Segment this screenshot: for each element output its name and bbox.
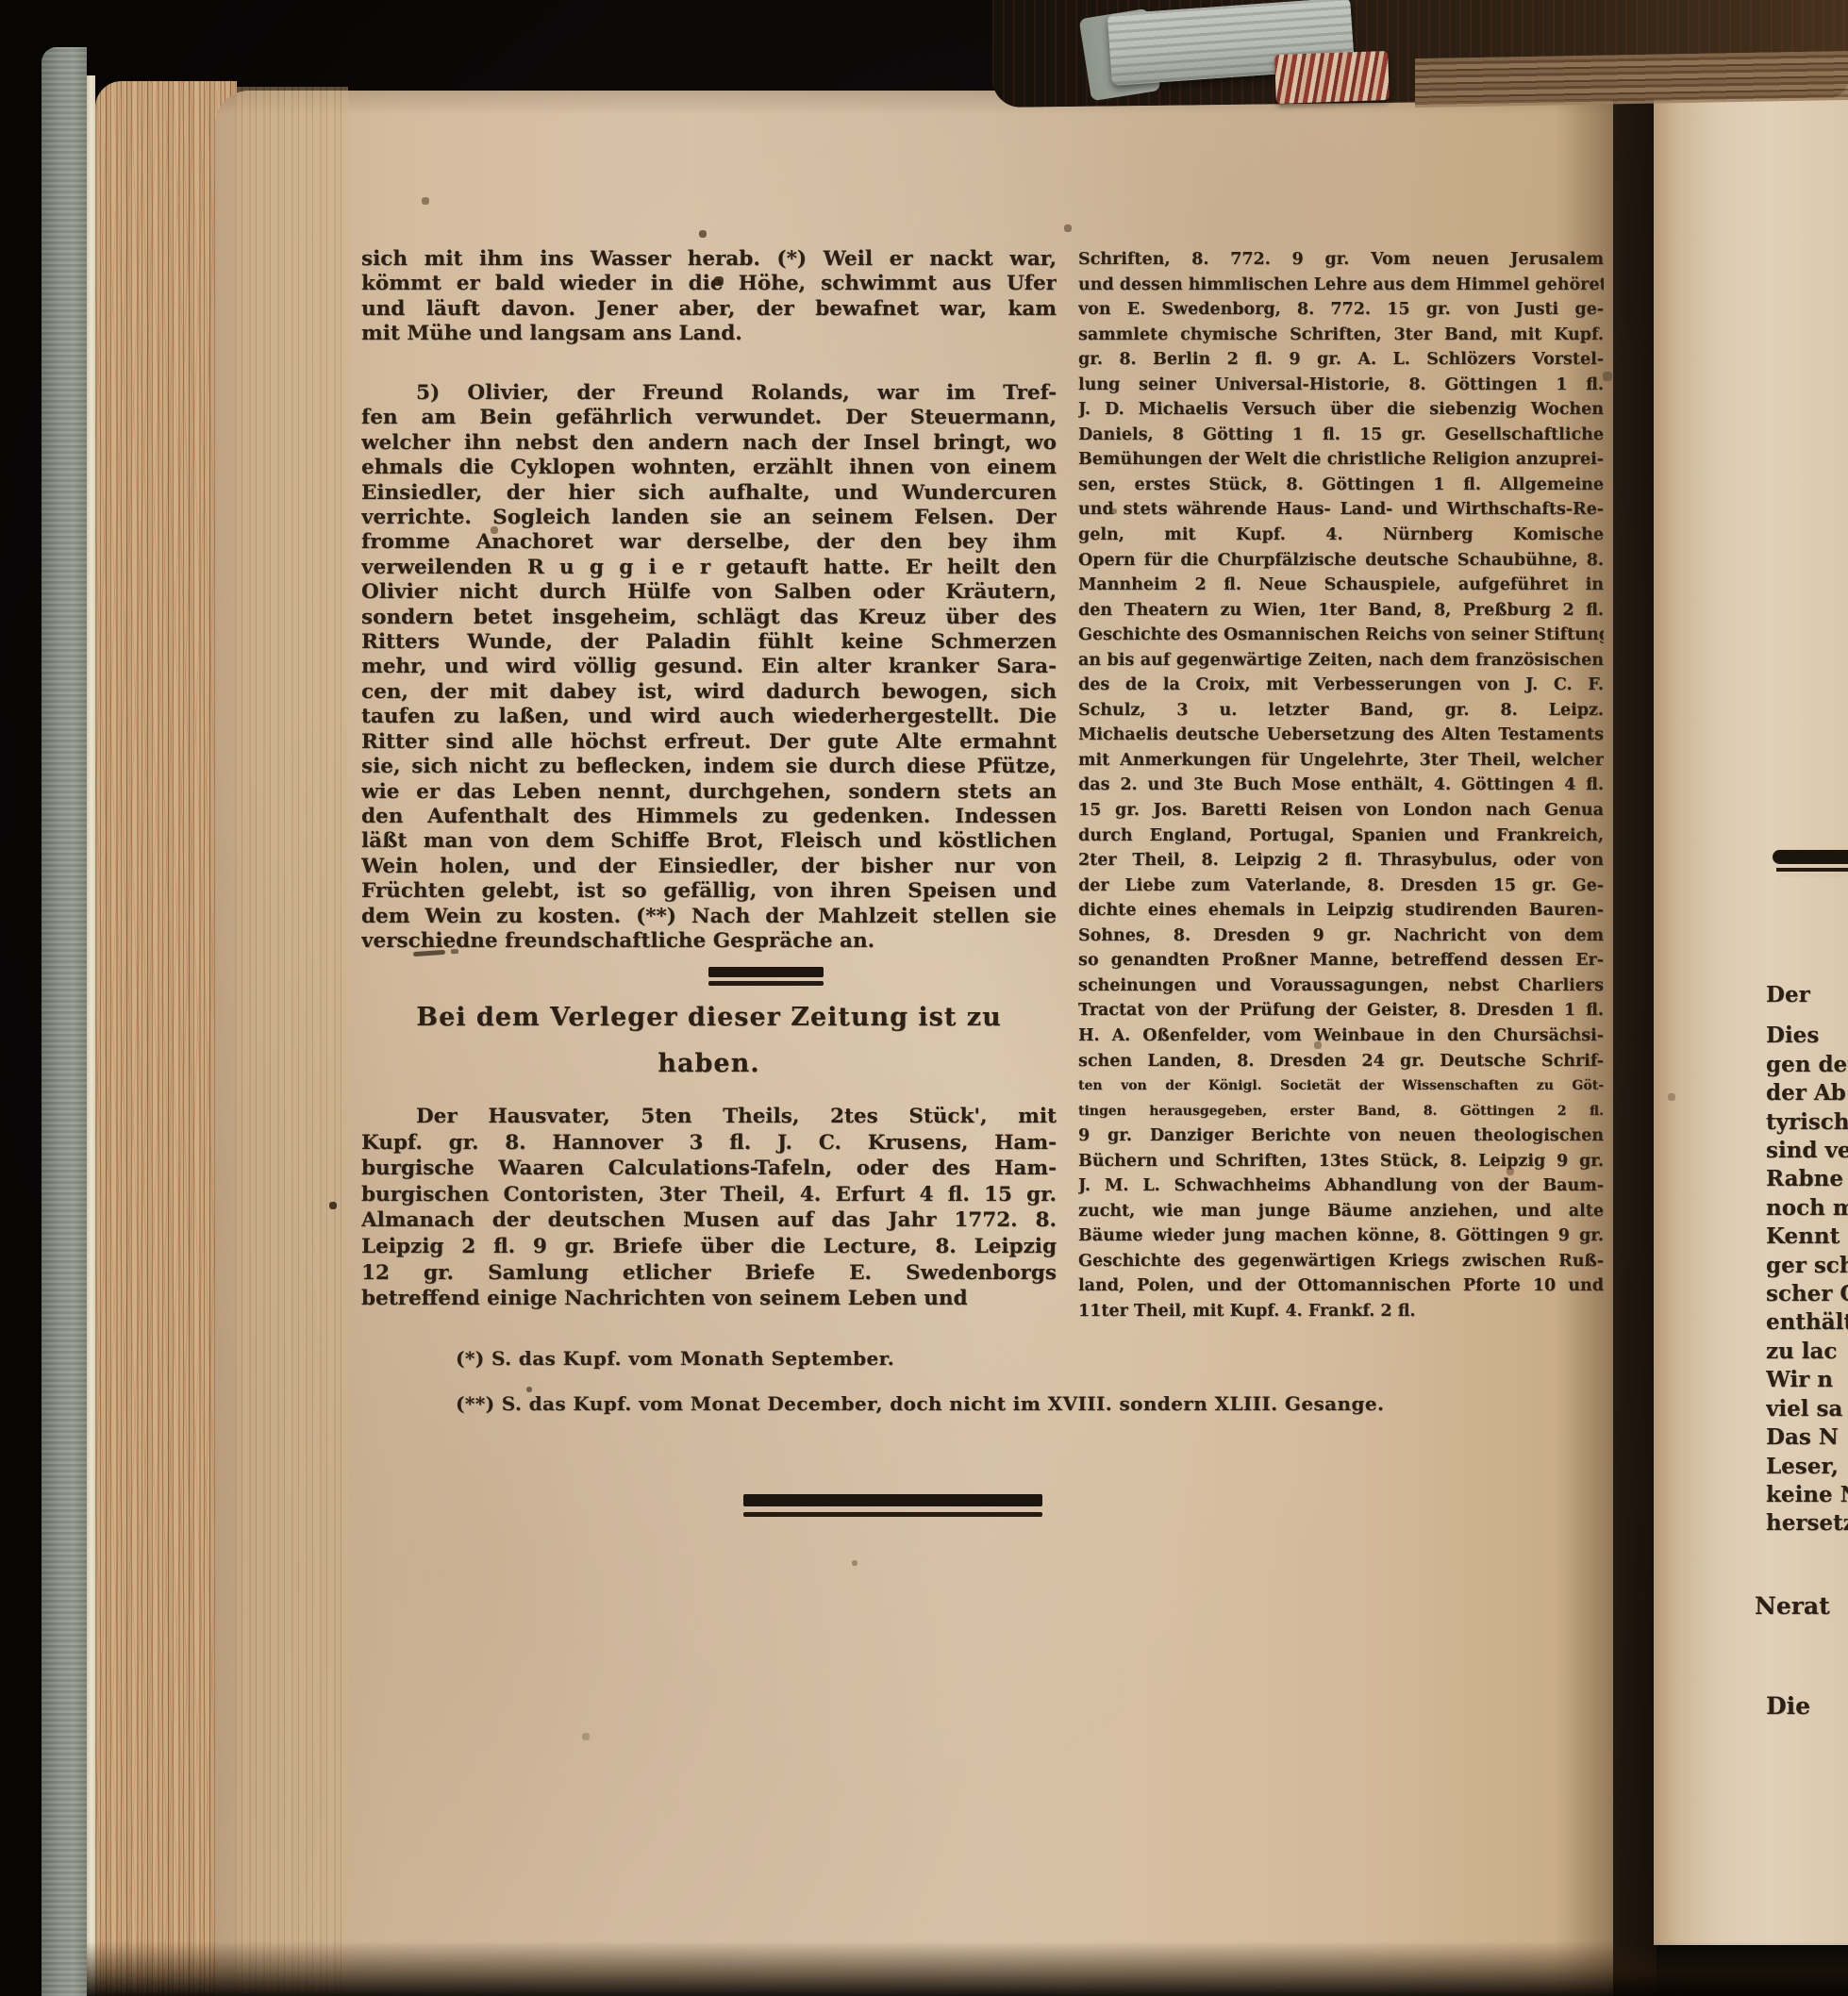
text-line: ten von der Königl. Societät der Wissens… [1078,1073,1604,1099]
text-line: taufen zu laßen, und wird auch wiederher… [361,705,1057,729]
text-line: Wein holen, und der Einsiedler, der bish… [361,855,1057,879]
text-line: Daniels, 8 Götting 1 fl. 15 gr. Gesellsc… [1078,423,1604,448]
text-line: geln, mit Kupf. 4. Nürnberg Komische [1078,523,1604,548]
text-line: zu lac [1766,1338,1848,1366]
text-line: das 2. und 3te Buch Mose enthält, 4. Göt… [1078,773,1604,798]
text-line: hersetz [1766,1509,1848,1538]
text-line: ger sch [1766,1252,1848,1280]
text-line: und läuft davon. Jener aber, der bewafne… [361,297,1057,322]
text-line: Ritter sind alle höchst erfreut. Der gut… [361,730,1057,755]
text-line: den Aufenthalt des Himmels zu gedenken. … [361,805,1057,829]
right-page-divider-rule [1773,850,1848,864]
bottom-edge-shadow [87,1941,1848,1996]
text-line: den Theatern zu Wien, 1ter Band, 8, Preß… [1078,598,1604,624]
text-line: Olivier nicht durch Hülfe von Salben ode… [361,580,1057,605]
text-line: dichte eines ehemals in Leipzig studiren… [1078,898,1604,923]
right-page-word-fragment: Nerat [1755,1592,1830,1620]
text-line: Almanach der deutschen Musen auf das Jah… [361,1207,1057,1234]
text-line: 15 gr. Jos. Baretti Reisen von London na… [1078,798,1604,823]
divider-rule-thick [708,967,824,977]
text-line: kömmt er bald wieder in die Höhe, schwim… [361,272,1057,296]
text-line: mit Mühe und langsam ans Land. [361,322,1057,346]
text-line: cen, der mit dabey ist, wird dadurch bew… [361,680,1057,705]
text-line: Rabne [1766,1165,1848,1193]
text-line: Schulz, 3 u. letzter Band, gr. 8. Leipz. [1078,698,1604,724]
text-line: Schriften, 8. 772. 9 gr. Vom neuen Jerus… [1078,247,1604,273]
text-line: Ritters Wunde, der Paladin fühlt keine S… [361,630,1057,655]
text-line: Kupf. gr. 8. Hannover 3 fl. J. C. Krusen… [361,1130,1057,1156]
text-line: Mannheim 2 fl. Neue Schauspiele, aufgefü… [1078,573,1604,598]
text-line: der Ab [1766,1079,1848,1107]
headband [1274,51,1390,104]
right-page-text-fragments: DerDiesgen derder Abtyrischesind veRabne… [1766,981,1848,1539]
publisher-heading-line2: haben. [361,1049,1057,1078]
text-line: viel sa [1766,1395,1848,1423]
text-line: der Liebe zum Vaterlande, 8. Dresden 15 … [1078,873,1604,899]
text-line: tyrische [1766,1108,1848,1137]
text-line: betreffend einige Nachrichten von seinem… [361,1286,1057,1312]
text-line: so genandten Proßner Manne, betreffend d… [1078,948,1604,973]
top-page-edges [1415,51,1848,108]
text-line: wie er das Leben nennt, durchgehen, sond… [361,780,1057,805]
footnote-1: (*) S. das Kupf. vom Monath September. [456,1347,894,1370]
text-line: sammlete chymische Schriften, 3ter Band,… [1078,323,1604,348]
text-line: zucht, wie man junge Bäume anziehen, und… [1078,1199,1604,1224]
text-line: Sohnes, 8. Dresden 9 gr. Nachricht von d… [1078,923,1604,949]
text-line: Geschichte des Osmannischen Reichs von s… [1078,623,1604,648]
divider-rule-thin [708,981,824,986]
text-line: 9 gr. Danziger Berichte von neuen theolo… [1078,1123,1604,1149]
text-line: 2ter Theil, 8. Leipzig 2 fl. Thrasybulus… [1078,848,1604,873]
text-line: burgischen Contoristen, 3ter Theil, 4. E… [361,1182,1057,1208]
publisher-heading-line1: Bei dem Verleger dieser Zeitung ist zu [361,1003,1057,1032]
book-list-column: Schriften, 8. 772. 9 gr. Vom neuen Jerus… [1078,247,1604,1324]
paragraph-1: sich mit ihm ins Wasser herab. (*) Weil … [361,247,1057,347]
text-line: Dies [1766,1022,1848,1050]
text-line: verweilenden R u g g i e r getauft hatte… [361,556,1057,580]
text-line: fen am Bein gefährlich verwundet. Der St… [361,406,1057,430]
text-line: lung seiner Universal-Historie, 8. Götti… [1078,373,1604,398]
paragraph-2: 5) Olivier, der Freund Rolands, war im T… [361,381,1057,954]
text-line: Bemühungen der Welt die christliche Reli… [1078,447,1604,473]
text-line: Einsiedler, der hier sich aufhalte, und … [361,481,1057,506]
text-line: dem Wein zu kosten. (**) Nach der Mahlze… [361,905,1057,929]
text-line: und dessen himmlischen Lehre aus dem Him… [1078,273,1604,298]
end-divider [743,1494,1042,1517]
text-line: Früchten gelebt, ist so gefällig, von ih… [361,879,1057,904]
text-line: läßt man von dem Schiffe Brot, Fleisch u… [361,829,1057,854]
text-line: des de la Croix, mit Verbesserungen von … [1078,673,1604,698]
text-line: land, Polen, und der Ottomannischen Pfor… [1078,1273,1604,1299]
text-line: Geschichte des gegenwärtigen Kriegs zwis… [1078,1249,1604,1274]
text-line: keine N [1766,1481,1848,1509]
text-line: sie, sich nicht zu beflecken, indem sie … [361,755,1057,779]
section-divider [708,967,824,986]
text-line: H. A. Oßenfelder, vom Weinbaue in den Ch… [1078,1023,1604,1049]
page-stack-fade [235,87,348,1996]
text-line: und stets währende Haus- Land- und Wirth… [1078,497,1604,523]
text-line: Der Hausvater, 5ten Theils, 2tes Stück',… [361,1104,1057,1130]
text-line: mit Anmerkungen für Ungelehrte, 3ter The… [1078,748,1604,773]
text-line: welcher ihn nebst den andern nach der In… [361,431,1057,456]
text-line: verschiedne freundschaftliche Gespräche … [361,929,1057,954]
paper-specks [0,0,2,2]
text-line: an bis auf gegenwärtige Zeiten, nach dem… [1078,648,1604,674]
right-page-word-fragment: Die [1766,1692,1810,1720]
text-line: mehr, und wird völlig gesund. Ein alter … [361,655,1057,679]
divider-rule-thin [743,1512,1042,1517]
book-cover-edge [42,47,87,1996]
text-line: ehmals die Cyklopen wohnten, erzählt ihn… [361,456,1057,480]
text-line: Tractat von der Prüfung der Geister, 8. … [1078,998,1604,1023]
text-line: enthält [1766,1308,1848,1337]
text-line: sondern betet insgeheim, schlägt das Kre… [361,606,1057,630]
text-line: Bäume wieder jung machen könne, 8. Götti… [1078,1223,1604,1249]
text-line: fromme Anachoret war derselbe, der den b… [361,530,1057,555]
text-line: verrichte. Sogleich landen sie an seinem… [361,506,1057,530]
text-line: J. D. Michaelis Versuch über die siebenz… [1078,397,1604,423]
text-line: tingen herausgegeben, erster Band, 8. Gö… [1078,1099,1604,1124]
text-line: Leser, [1766,1453,1848,1481]
text-line: scher G [1766,1280,1848,1308]
book-scan-stage: sich mit ihm ins Wasser herab. (*) Weil … [0,0,1848,1996]
text-line: noch m [1766,1194,1848,1223]
text-line: gen der [1766,1051,1848,1079]
text-line: Das N [1766,1423,1848,1452]
text-line: schen Landen, 8. Dresden 24 gr. Deutsche… [1078,1049,1604,1074]
text-line: durch England, Portugal, Spanien und Fra… [1078,823,1604,849]
text-line: 12 gr. Samlung etlicher Briefe E. Sweden… [361,1260,1057,1287]
text-line: Wir n [1766,1366,1848,1394]
text-line: Opern für die Churpfälzische deutsche Sc… [1078,548,1604,574]
advert-paragraph: Der Hausvater, 5ten Theils, 2tes Stück',… [361,1104,1057,1312]
text-line: scheinungen und Voraussagungen, nebst Ch… [1078,973,1604,999]
text-line: sen, erstes Stück, 8. Göttingen 1 fl. Al… [1078,473,1604,498]
text-line: sind ve [1766,1137,1848,1165]
divider-rule-thick [743,1494,1042,1506]
text-line: von E. Swedenborg, 8. 772. 15 gr. von Ju… [1078,297,1604,323]
text-line: burgische Waaren Calculations-Tafeln, od… [361,1156,1057,1182]
text-line: gr. 8. Berlin 2 fl. 9 gr. A. L. Schlözer… [1078,347,1604,373]
text-line: Büchern und Schriften, 13tes Stück, 8. L… [1078,1149,1604,1174]
text-line: Michaelis deutsche Uebersetzung des Alte… [1078,723,1604,748]
text-line: Kennt [1766,1223,1848,1251]
text-line: sich mit ihm ins Wasser herab. (*) Weil … [361,247,1057,272]
text-line: 5) Olivier, der Freund Rolands, war im T… [361,381,1057,406]
footnote-2: (**) S. das Kupf. vom Monat December, do… [456,1392,1384,1415]
flyleaf-edge [87,75,95,1996]
text-line: 11ter Theil, mit Kupf. 4. Frankf. 2 fl. [1078,1299,1604,1324]
text-line: J. M. L. Schwachheims Abhandlung von der… [1078,1173,1604,1199]
text-line: Leipzig 2 fl. 9 gr. Briefe über die Lect… [361,1234,1057,1260]
text-line: Der [1766,981,1848,1009]
